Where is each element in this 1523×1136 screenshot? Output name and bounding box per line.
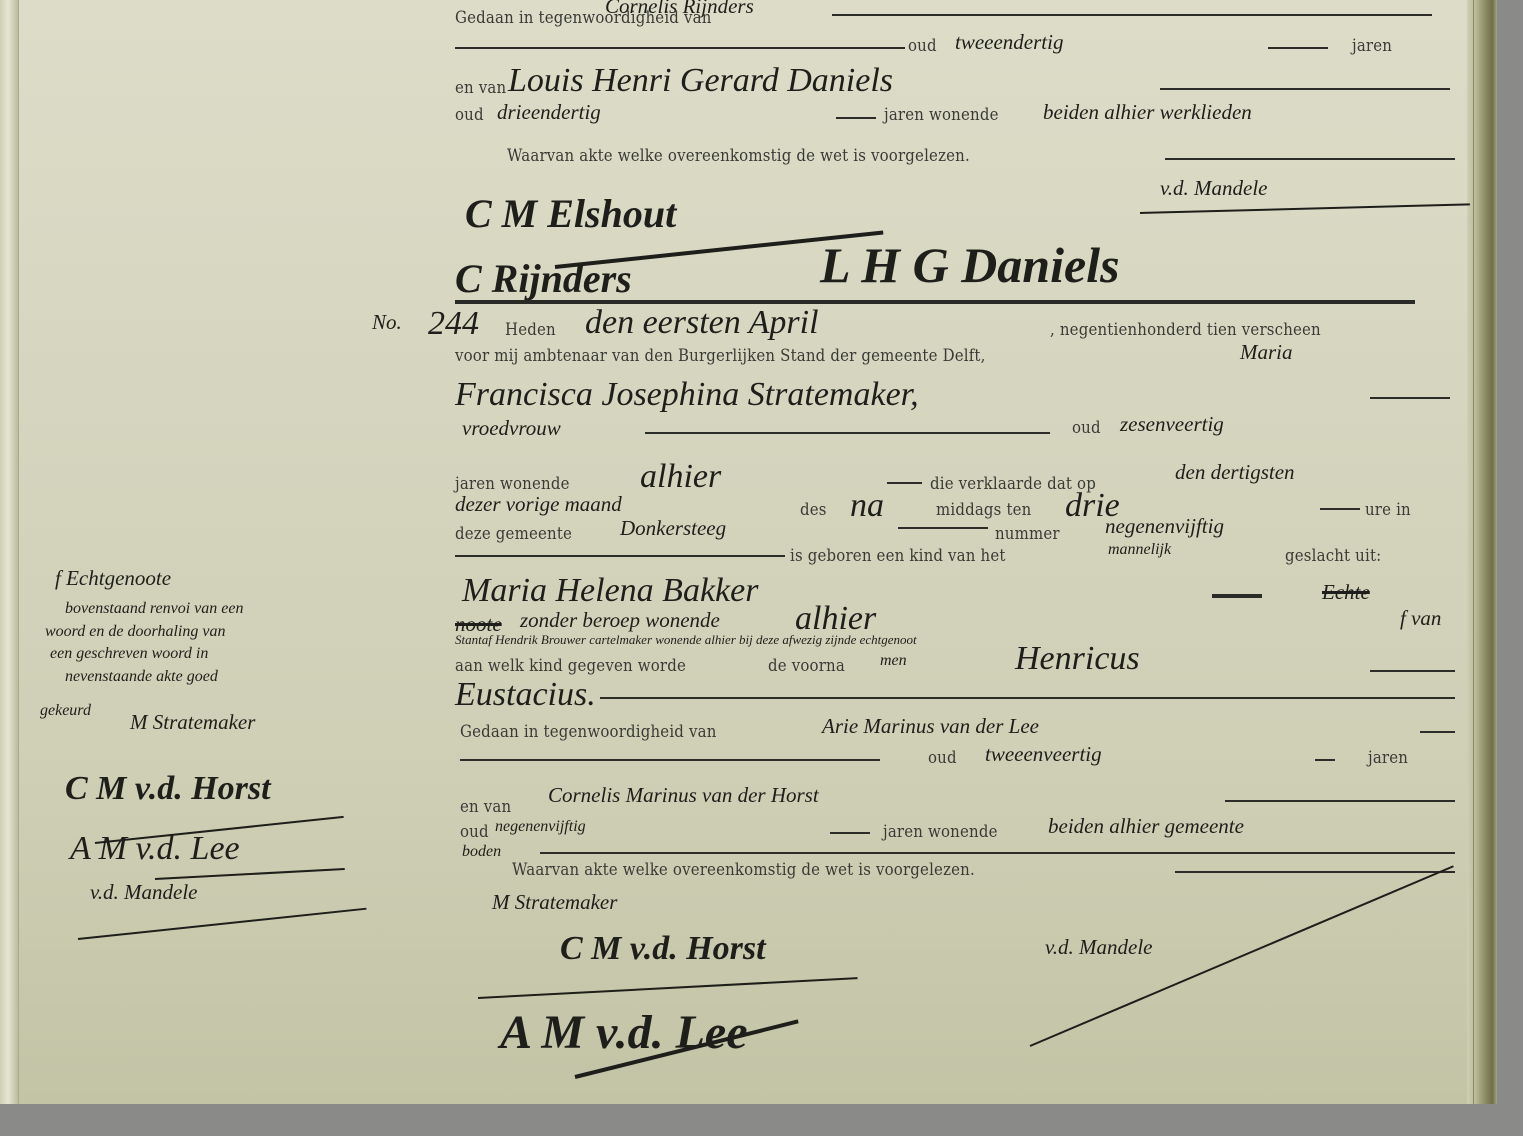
witness2-label: en van [460,797,511,817]
insert-mark: f van [1400,606,1441,631]
child-first-name: Henricus [1015,640,1140,678]
declarant-name: Francisca Josephina Stratemaker, [455,376,919,414]
act-year: , negentienhonderd tien verscheen [1050,320,1321,340]
gemeente-label: deze gemeente [455,524,572,544]
blank-line [830,832,870,834]
geslacht-label: geslacht uit: [1285,546,1381,566]
signature-2: C M v.d. Horst [560,930,766,968]
blank-line [1320,508,1360,510]
prev-witness1-age: tweeendertig [955,30,1063,55]
blank-line [1175,871,1455,873]
des-label: des [800,500,827,520]
declarant-age: zesenveertig [1120,412,1224,437]
child-label-voorna: de voorna [768,656,845,676]
prev-witness2-residence: beiden alhier werklieden [1043,100,1252,125]
witness1-age: tweeenveertig [985,742,1102,767]
child-second-name: Eustacius. [455,676,596,714]
street: Donkersteeg [620,516,726,541]
blank-line [832,14,1432,16]
margin-note-line-1: f Echtgenoote [55,566,171,591]
blank-line [836,117,876,119]
time-of-day: na [850,487,884,525]
act-number-label: No. [372,310,402,335]
margin-note-line-6: gekeurd [40,702,91,720]
witness2-years: jaren wonende [883,822,998,842]
prev-signature-3: L H G Daniels [820,236,1120,294]
prev-witness2-years: jaren wonende [884,105,999,125]
blank-line [887,482,922,484]
child-label: aan welk kind gegeven worde [455,656,686,676]
witness2-age: negenenvijftig [495,818,586,836]
margin-signature-3: v.d. Mandele [90,880,197,905]
prev-witness2-label: en van [455,78,506,98]
child-label-men: men [880,652,907,670]
witness1-years: jaren [1368,748,1408,768]
blank-line [1370,670,1455,672]
father-insert: Stantaf Hendrik Brouwer cartelmaker wone… [455,632,917,648]
signature-underline [155,868,345,880]
struck-word: Echte [1322,580,1370,605]
born-label: is geboren een kind van het [790,546,1006,566]
blank-line [1370,397,1450,399]
blank-line [540,852,1455,854]
witness1-age-label: oud [928,748,957,768]
signature-1: M Stratemaker [492,890,617,915]
margin-signature-1: C M v.d. Horst [65,770,271,808]
prev-witness2-age-label: oud [455,105,484,125]
witness1-name: Arie Marinus van der Lee [822,714,1039,739]
blank-line [460,759,880,761]
page-edge-right [1467,0,1497,1104]
blank-line [1420,731,1455,733]
prev-witness1-age-label: oud [908,36,937,56]
margin-note-line-4: een geschreven woord in [50,645,208,663]
witness2-residence: beiden alhier gemeente [1048,814,1244,839]
blank-line [600,697,1455,699]
prev-witness2-name: Louis Henri Gerard Daniels [508,62,893,100]
middag-label: middags ten [936,500,1031,520]
declarant-occupation: vroedvrouw [462,416,561,441]
declarant-first: Maria [1240,340,1293,365]
witness1-label: Gedaan in tegenwoordigheid van [460,722,717,742]
margin-note-line-2: bovenstaand renvoi van een [65,600,243,618]
heden-label: Heden [505,320,556,340]
margin-note-line-5: nevenstaande akte goed [65,668,218,686]
signature-underline [1140,203,1470,214]
blank-line [455,555,785,557]
prev-witness1-years: jaren [1352,36,1392,56]
house-number: negenenvijftig [1105,514,1224,539]
act-number: 244 [428,305,479,343]
act-line2: voor mij ambtenaar van den Burgerlijken … [455,346,986,366]
blank-line [898,527,988,529]
blank-line [645,432,1050,434]
years-label: jaren wonende [455,474,570,494]
blank-line [1212,594,1262,598]
ure-label: ure in [1365,500,1411,520]
blank-line [1160,88,1450,90]
prev-signature-2: C Rijnders [455,255,632,302]
act-date: den eersten April [585,304,819,342]
birth-month: dezer vorige maand [455,492,622,517]
closing: Waarvan akte welke overeenkomstig de wet… [512,860,975,880]
witness2-age-label: oud [460,822,489,842]
mother-name: Maria Helena Bakker [462,572,758,610]
blank-line [1165,158,1455,160]
prev-signature-4: v.d. Mandele [1160,176,1267,201]
prev-signature-1: C M Elshout [465,190,676,237]
witness2-name: Cornelis Marinus van der Horst [548,783,819,808]
prev-closing: Waarvan akte welke overeenkomstig de wet… [507,146,970,166]
margin-note-signer: M Stratemaker [130,710,255,735]
mother-occupation: zonder beroep wonende [520,608,720,633]
birth-day: den dertigsten [1175,460,1295,485]
register-page: Cornelis Rijnders Gedaan in tegenwoordig… [0,0,1497,1104]
margin-signature-2: A M v.d. Lee [70,830,240,868]
signature-4: v.d. Mandele [1045,935,1152,960]
blank-line [1315,759,1335,761]
blank-line [1268,47,1328,49]
binding-edge [0,0,19,1104]
nummer-label: nummer [995,524,1060,544]
residence: alhier [640,458,721,496]
signature-3: A M v.d. Lee [500,1005,748,1060]
signature-flourish [478,977,858,999]
child-sex: mannelijk [1108,541,1171,559]
blank-line [455,47,905,49]
prev-witness2-age: drieendertig [497,100,601,125]
age-label: oud [1072,418,1101,438]
signature-underline [78,908,367,940]
blank-line [1225,800,1455,802]
prev-witness1-label: Gedaan in tegenwoordigheid van [455,8,712,28]
witness2-residence-cont: boden [462,843,501,861]
margin-note-line-3: woord en de doorhaling van [45,623,225,641]
